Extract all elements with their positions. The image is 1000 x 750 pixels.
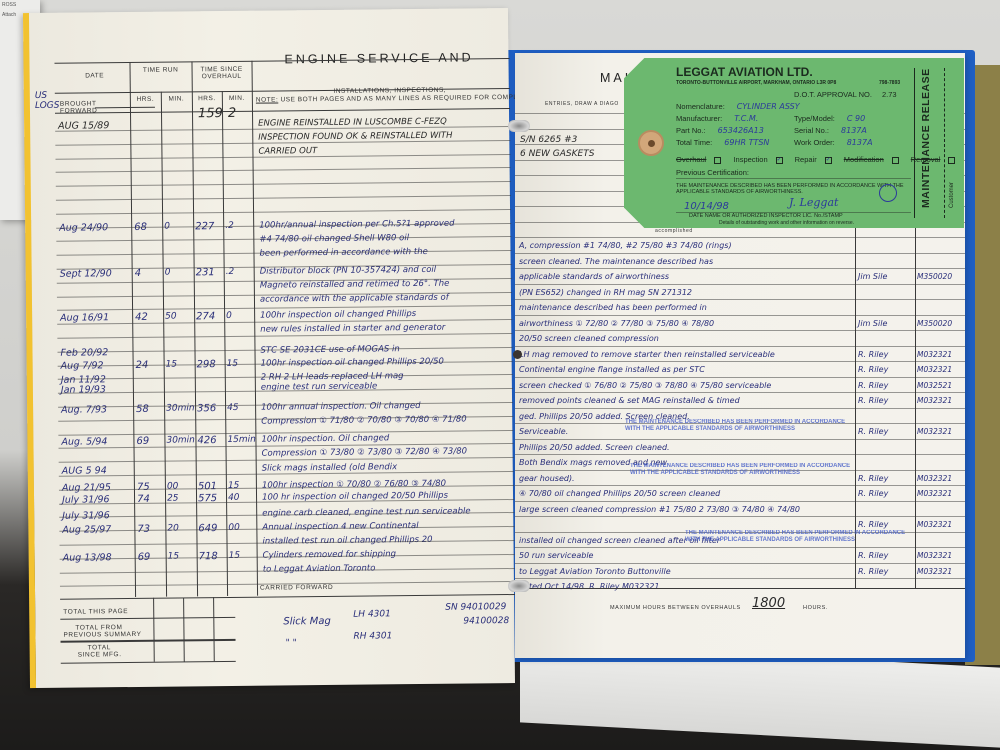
header-min: MIN. [161,95,192,102]
tag-signature: J. Leggat [789,196,838,209]
tag-grommet-icon [638,130,664,156]
entry-signature: Jim Sile [858,272,887,281]
entry-description: 50 run serviceable [519,551,593,560]
brought-forward-label: FORWARD [60,107,97,114]
divider [914,68,915,218]
entry-description: new rules installed in starter and gener… [260,323,445,335]
entry-description: Phillips 20/50 added. Screen cleaned. [519,443,670,452]
header-note: ENTRIES, DRAW A DIAGO [545,101,619,107]
entry-description: ④ 70/80 oil changed Phillips 20/50 scree… [519,489,720,498]
footer-note: SN 94010029 [445,602,506,613]
divider [515,588,965,589]
header-tso: TIME SINCE OVERHAUL [192,66,252,81]
entry-description: 20/50 screen cleaned compression [519,334,659,343]
entry-description: screen cleaned. The maintenance describe… [519,257,713,266]
tag-check-repair: Repair✓ [795,155,838,164]
footer-note: RH 4301 [353,631,392,641]
maintenance-release-tag: LEGGAT AVIATION LTD. TORONTO-BUTTONVILLE… [624,58,964,228]
ruled-line [56,195,511,201]
entry-description: Serviceable. [519,427,568,436]
entry-description: removed points cleaned & set MAG reinsta… [519,396,740,405]
divider [60,617,235,620]
tag-work-order: Work Order:8137A [794,138,873,147]
ruled-line [515,299,965,300]
table-row: Aug 21/95750050115100hr inspection ① 70/… [29,8,508,13]
tag-check-overhaul: Overhaul [676,155,727,164]
tag-manufacturer: Manufacturer:T.C.M. [676,114,758,123]
entry-tso-min: 0 [226,311,232,321]
entry-description: 100hr inspection ① 70/80 ② 76/80 ③ 74/80 [262,479,446,491]
field-value: 653426A13 [718,126,764,135]
entry-date: Sept 12/90 [60,268,112,280]
entry-date: Aug. 5/94 [61,436,107,447]
footer-note: " " [286,638,297,648]
entry-signature: R. Riley [858,365,888,374]
entry-run-min: 20 [167,524,179,534]
ruled-line [515,439,965,440]
left-page: ENGINE SERVICE AND DATE TIME RUN TIME SI… [23,8,515,688]
entry-signature: R. Riley [858,520,888,529]
maintenance-stamp: THE MAINTENANCE DESCRIBED HAS BEEN PERFO… [630,463,850,477]
tag-type-model: Type/Model:C 90 [794,114,865,123]
divider [944,68,945,218]
entry-license: M032321 [917,365,952,374]
table-row: July 31/96engine carb cleaned, engine te… [29,8,508,13]
table-row: Aug 25/97732064900Annual inspection 4 ne… [29,8,508,13]
entry-run-min: 0 [165,268,171,278]
entry-signature: R. Riley [858,567,888,576]
max-hours-label: MAXIMUM HOURS BETWEEN OVERHAULS [610,605,741,611]
us-logs-annotation: US LOGS [35,91,59,111]
tag-total-time: Total Time:69HR TTSN [676,138,769,147]
ruled-line [515,563,965,564]
entry-license: M032321 [917,520,952,529]
entry-run-min: 00 [167,482,179,492]
ruled-line [515,377,965,378]
entry-license: M032321 [917,489,952,498]
entry-tso-min: .2 [226,267,235,277]
ruled-line [515,392,965,393]
entry-description: airworthiness ① 72/80 ② 77/80 ③ 75/80 ④ … [519,319,714,328]
column-divider [161,92,167,597]
entry-license: M350020 [917,272,952,281]
entry-license: M032321 [917,551,952,560]
field-label: Type/Model: [794,114,835,123]
brought-forward-tso-hrs: 159 [198,106,223,121]
entry-description: LH mag removed to remove starter then re… [519,350,775,359]
field-label: Part No.: [676,126,706,135]
footer-note: 94100028 [463,616,509,626]
binder-ring [508,580,530,592]
entry-description: Continental engine flange installed as p… [519,365,705,374]
tag-check-modification: Modification [844,155,905,164]
tag-part-no: Part No.:653426A13 [676,126,764,135]
tag-check-removal: Removal [911,155,962,164]
brought-forward-tso-min: 2 [228,106,236,121]
punch-hole [513,350,522,359]
field-label: Manufacturer: [676,114,722,123]
total-since-mfg-label: SINCE MFG. [78,651,122,658]
carried-forward-label: CARRIED FORWARD [260,584,333,592]
entry-signature: R. Riley [858,489,888,498]
entry-tso-min: 15 [228,481,240,491]
entry-tso-hrs: 231 [196,267,215,278]
tag-nomenclature: Nomenclature:CYLINDER ASSY [676,102,800,111]
table-row: Aug 24/90680227.2100hr/annual inspection… [29,8,508,13]
entry-run-hrs: 42 [135,312,148,323]
table-row: Aug 16/9142502740100hr inspection oil ch… [29,8,508,13]
field-value: 8137A [841,126,867,135]
entry-description: 100hr inspection oil changed Phillips [260,309,416,321]
entry-date: Jan 19/93 [61,384,106,395]
ruled-line [515,330,965,331]
entry-run-hrs: 4 [135,268,141,279]
checkbox-icon [714,157,721,164]
entry-tso-min: 15min [227,435,256,445]
stamp-text: WITH THE APPLICABLE STANDARDS OF AIRWORT… [685,537,905,544]
ruled-line [56,167,511,173]
tag-check-inspection: Inspection✓ [733,155,788,164]
entry-signature: R. Riley [858,551,888,560]
entry-list: AUG 15/89ENGINE REINSTALLED IN LUSCOMBE … [29,8,508,13]
tag-footer-note: Details of outstanding work and other in… [719,220,854,226]
tag-dot-label: D.O.T. APPROVAL NO. [794,90,872,99]
divider [55,108,510,114]
entry-signature: Jim Sile [858,319,887,328]
table-row: Aug 13/98691571815Cylinders removed for … [29,8,508,13]
total-this-page-label: TOTAL THIS PAGE [63,608,128,616]
ruled-line [515,516,965,517]
table-row: AUG 15/89ENGINE REINSTALLED IN LUSCOMBE … [29,8,508,13]
column-divider [213,597,215,661]
check-label: Inspection [733,155,767,164]
entry-description: Compression ① 73/80 ② 73/80 ③ 72/80 ④ 73… [262,446,468,458]
table-row: Aug. 5/946930min42615min100hr inspection… [29,8,508,13]
field-label: Nomenclature: [676,102,725,111]
checkbox-icon [892,157,899,164]
stamp-text: WITH THE APPLICABLE STANDARDS OF AIRWORT… [625,426,845,433]
tag-side-title: MAINTENANCE RELEASE [920,68,932,208]
footer-note: LH 4301 [353,609,391,619]
ruled-line [515,485,965,486]
table-row: Jan 19/93engine test run serviceable [29,8,508,13]
stamp-text: THE MAINTENANCE DESCRIBED HAS BEEN PERFO… [625,419,845,426]
column-divider [153,598,155,662]
entry-run-min: 50 [165,312,177,322]
tag-address: TORONTO-BUTTONVILLE AIRPORT, MARKHAM, ON… [676,80,836,86]
field-label: Work Order: [794,138,835,147]
maintenance-stamp: THE MAINTENANCE DESCRIBED HAS BEEN PERFO… [625,419,845,433]
tag-dot-value: 2.73 [882,90,897,99]
entry-description: maintenance described has been performed… [519,303,707,312]
max-hours-unit: HOURS. [803,605,828,611]
entry-date: Feb 20/92 [60,347,108,358]
entry-date: Aug 16/91 [60,312,109,324]
tag-serial-no: Serial No.:8137A [794,126,867,135]
tag-dot-approval: D.O.T. APPROVAL NO.2.73 [794,90,897,99]
ruled-line [515,284,965,285]
tag-date: 10/14/98 [684,201,729,212]
table-row: Feb 20/92STC SE 2031CE use of MOGAS in [29,8,508,13]
entry-description: dated Oct 14/98. R. Riley M032321 [519,582,659,591]
entry-description: (PN ES652) changed in RH mag SN 271312 [519,288,692,297]
entry-description: screen checked ① 76/80 ② 75/80 ③ 78/80 ④… [519,381,771,390]
inspector-stamp-icon [879,184,897,202]
table-row: AUG 5 94Slick mags installed (old Bendix [29,8,508,13]
header-date: DATE [60,72,130,80]
ruled-line [515,253,965,254]
header-hrs: HRS. [130,96,161,103]
entry-description: large screen cleaned compression #1 75/8… [519,505,800,514]
check-label: Overhaul [676,155,706,164]
entry-run-hrs: 75 [137,482,150,493]
table-row: Aug 7/92241529815100hr inspection oil ch… [29,8,508,13]
ruled-line [56,181,511,187]
stamp-text: WITH THE APPLICABLE STANDARDS OF AIRWORT… [630,470,850,477]
ruled-line [515,315,965,316]
entry-license: M032321 [917,396,952,405]
entry-tso-hrs: 501 [198,481,217,492]
tag-company: LEGGAT AVIATION LTD. [676,65,813,79]
field-label: Total Time: [676,138,712,147]
field-value: CYLINDER ASSY [737,102,800,111]
ruled-line [515,578,965,579]
table-row: Sept 12/9040231.2Distributor block (PN 1… [29,8,508,13]
field-value: 69HR TTSN [724,138,769,147]
entry-tso-hrs: 274 [196,311,215,322]
entry-license: M032321 [917,427,952,436]
entry-description: applicable standards of airworthiness [519,272,669,281]
ruled-line [515,268,965,269]
entry-signature: R. Riley [858,474,888,483]
entry-license: M032321 [917,350,952,359]
field-value: C 90 [847,114,865,123]
binder-ring [508,120,530,132]
tag-customer-label: Customer [949,182,955,208]
check-label: Modification [844,155,884,164]
tag-statement: THE MAINTENANCE DESCRIBED HAS BEEN PERFO… [676,183,911,195]
ruled-line [515,501,965,502]
entry-signature: R. Riley [858,381,888,390]
field-label: Serial No.: [794,126,829,135]
entry-description: A, compression #1 74/80, #2 75/80 #3 74/… [519,241,732,250]
header-min: MIN. [222,95,252,102]
entry-description: gear housed). [519,474,575,483]
header-time-run: TIME RUN [130,66,192,74]
checkbox-icon [948,157,955,164]
check-label: Repair [795,155,817,164]
tag-phone: 798-7893 [879,80,900,86]
divider [61,661,236,664]
overflow-text: 6 NEW GASKETS [520,149,594,159]
table-row: Aug. 7/935830min35645100hr annual inspec… [29,8,508,13]
stamp-text: THE MAINTENANCE DESCRIBED HAS BEEN PERFO… [685,530,905,537]
entry-description: 100hr inspection. Oil changed [261,433,389,444]
entry-tso-min: 00 [228,523,240,533]
ruled-line [515,237,965,238]
ruled-line [56,209,511,215]
stamp-text: THE MAINTENANCE DESCRIBED HAS BEEN PERFO… [630,463,850,470]
field-value: T.C.M. [734,114,758,123]
table-row: July 31/96742557540100 hr inspection oil… [29,8,508,13]
entry-tso-hrs: 426 [197,435,216,446]
ruled-line [515,408,965,409]
entry-signature: R. Riley [858,350,888,359]
entry-license: M350020 [917,319,952,328]
column-divider [915,223,916,588]
entry-run-hrs: 69 [136,436,149,447]
checkbox-icon: ✓ [825,157,832,164]
entry-run-min: 30min [166,435,195,445]
arrow-icon [95,107,155,109]
entry-license: M032321 [917,567,952,576]
column-divider [222,91,228,596]
header-hrs: HRS. [192,95,222,102]
ruled-line [515,346,965,347]
entry-signature: R. Riley [858,427,888,436]
table-row: Jan 11/92 [29,8,508,13]
field-value: 8137A [847,138,873,147]
tag-previous-certification: Previous Certification: [676,168,749,177]
entry-license: M032321 [917,474,952,483]
header-note: NOTE: USE BOTH PAGES AND AS MANY LINES A… [256,94,532,104]
entry-license: M032521 [917,381,952,390]
max-hours-value: 1800 [752,596,785,611]
checkbox-icon: ✓ [776,157,783,164]
ruled-line [515,454,965,455]
tag-footer-labels: DATE NAME OR AUTHORIZED INSPECTOR LIC. N… [689,213,843,219]
maintenance-stamp: THE MAINTENANCE DESCRIBED HAS BEEN PERFO… [685,530,905,544]
footer-note: Slick Mag [283,616,331,627]
total-previous-label: PREVIOUS SUMMARY [63,631,141,639]
note-label: NOTE: [256,96,278,103]
ruled-line [515,361,965,362]
column-divider [183,597,185,661]
divider [676,178,911,179]
divider [61,639,236,643]
ruled-line [515,547,965,548]
divider [60,594,515,600]
entry-signature: R. Riley [858,396,888,405]
accomplished-label: accomplished [655,228,693,234]
entry-description: to Leggat Aviation Toronto Buttonville [519,567,671,576]
note-text: USE BOTH PAGES AND AS MANY LINES AS REQU… [281,94,532,104]
entry-date: Aug 21/95 [62,482,111,494]
